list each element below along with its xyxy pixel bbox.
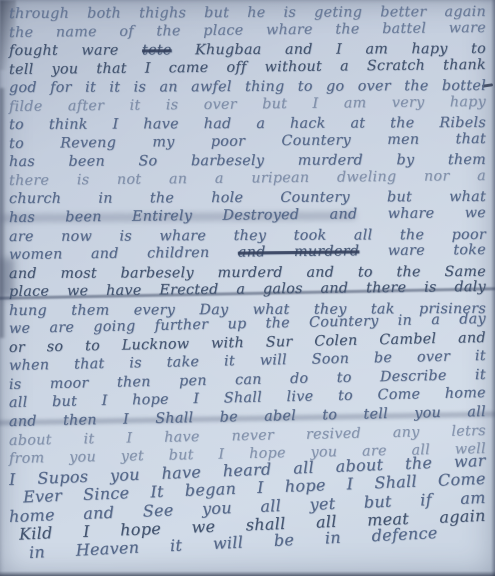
struck-word: tete (142, 42, 172, 58)
letter-line: women and children and murderd ware toke (9, 242, 486, 266)
letter-line: has been Entirely Destroyed and whare we (9, 205, 486, 229)
letter-line: to Reveng my poor Countery men that (9, 131, 486, 155)
letter-line: filde after it is over but I am very hap… (9, 94, 486, 118)
letter-text-segment: has been So barbesely murderd by them (9, 152, 486, 170)
letter-text-segment: Khugbaa and I am hapy to (172, 41, 486, 58)
letter-text-block: through both thighs but he is geting bet… (9, 6, 486, 572)
letter-text-segment: women and children (9, 245, 238, 263)
letter-text-segment: through both thighs but he is geting bet… (9, 4, 486, 22)
paper-edge-shadow-left (0, 88, 6, 338)
letter-text-segment: ware toke (359, 242, 486, 259)
letter-photo: through both thighs but he is geting bet… (0, 0, 495, 576)
letter-text-segment: place we have Erected a galos and there … (9, 279, 486, 300)
struck-word: and murderd (238, 243, 360, 260)
letter-text-segment: fought ware (9, 43, 142, 60)
letter-text-segment: god for it it is an awfel thing to go ov… (9, 78, 486, 96)
letter-text-segment: to think I have had a hack at the Ribels (9, 115, 486, 133)
letter-line: place we have Erected a galos and there … (9, 279, 486, 303)
letter-line: there is not an a uripean dweling nor a (9, 168, 486, 192)
